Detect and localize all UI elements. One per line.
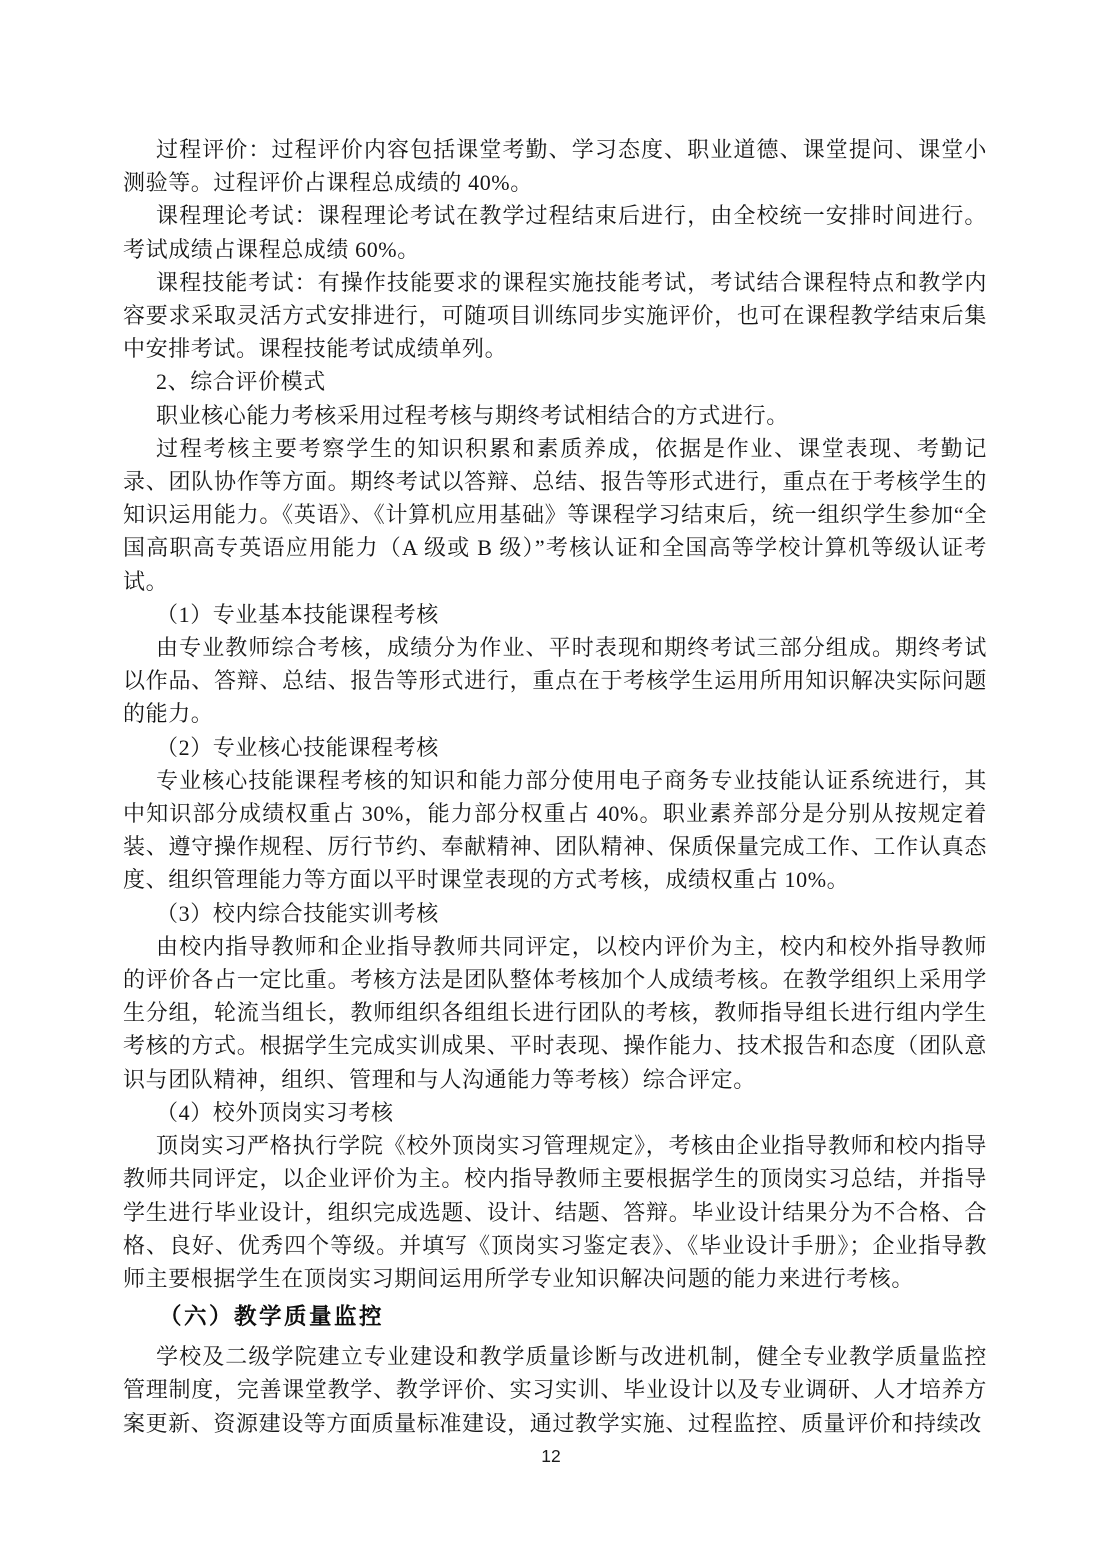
paragraph: 过程考核主要考察学生的知识积累和素质养成，依据是作业、课堂表现、考勤记录、团队协… bbox=[123, 432, 987, 598]
paragraph: 2、综合评价模式 bbox=[123, 365, 987, 398]
document-content: 过程评价：过程评价内容包括课堂考勤、学习态度、职业道德、课堂提问、课堂小测验等。… bbox=[123, 133, 987, 1440]
paragraph: （1）专业基本技能课程考核 bbox=[123, 598, 987, 631]
document-page: 过程评价：过程评价内容包括课堂考勤、学习态度、职业道德、课堂提问、课堂小测验等。… bbox=[0, 0, 1102, 1559]
paragraph: 职业核心能力考核采用过程考核与期终考试相结合的方式进行。 bbox=[123, 399, 987, 432]
paragraph: 由校内指导教师和企业指导教师共同评定，以校内评价为主，校内和校外指导教师的评价各… bbox=[123, 930, 987, 1096]
paragraph: 顶岗实习严格执行学院《校外顶岗实习管理规定》，考核由企业指导教师和校内指导教师共… bbox=[123, 1129, 987, 1295]
paragraph: 过程评价：过程评价内容包括课堂考勤、学习态度、职业道德、课堂提问、课堂小测验等。… bbox=[123, 133, 987, 199]
paragraph: （3）校内综合技能实训考核 bbox=[123, 897, 987, 930]
paragraph: 学校及二级学院建立专业建设和教学质量诊断与改进机制，健全专业教学质量监控管理制度… bbox=[123, 1340, 987, 1440]
paragraph: （2）专业核心技能课程考核 bbox=[123, 731, 987, 764]
paragraph: 课程技能考试：有操作技能要求的课程实施技能考试，考试结合课程特点和教学内容要求采… bbox=[123, 266, 987, 366]
paragraph: 课程理论考试：课程理论考试在教学过程结束后进行，由全校统一安排时间进行。考试成绩… bbox=[123, 199, 987, 265]
paragraph: 由专业教师综合考核，成绩分为作业、平时表现和期终考试三部分组成。期终考试以作品、… bbox=[123, 631, 987, 731]
paragraph: 专业核心技能课程考核的知识和能力部分使用电子商务专业技能认证系统进行，其中知识部… bbox=[123, 764, 987, 897]
paragraph: （4）校外顶岗实习考核 bbox=[123, 1096, 987, 1129]
page-number: 12 bbox=[0, 1446, 1102, 1467]
section-heading: （六）教学质量监控 bbox=[123, 1300, 987, 1334]
